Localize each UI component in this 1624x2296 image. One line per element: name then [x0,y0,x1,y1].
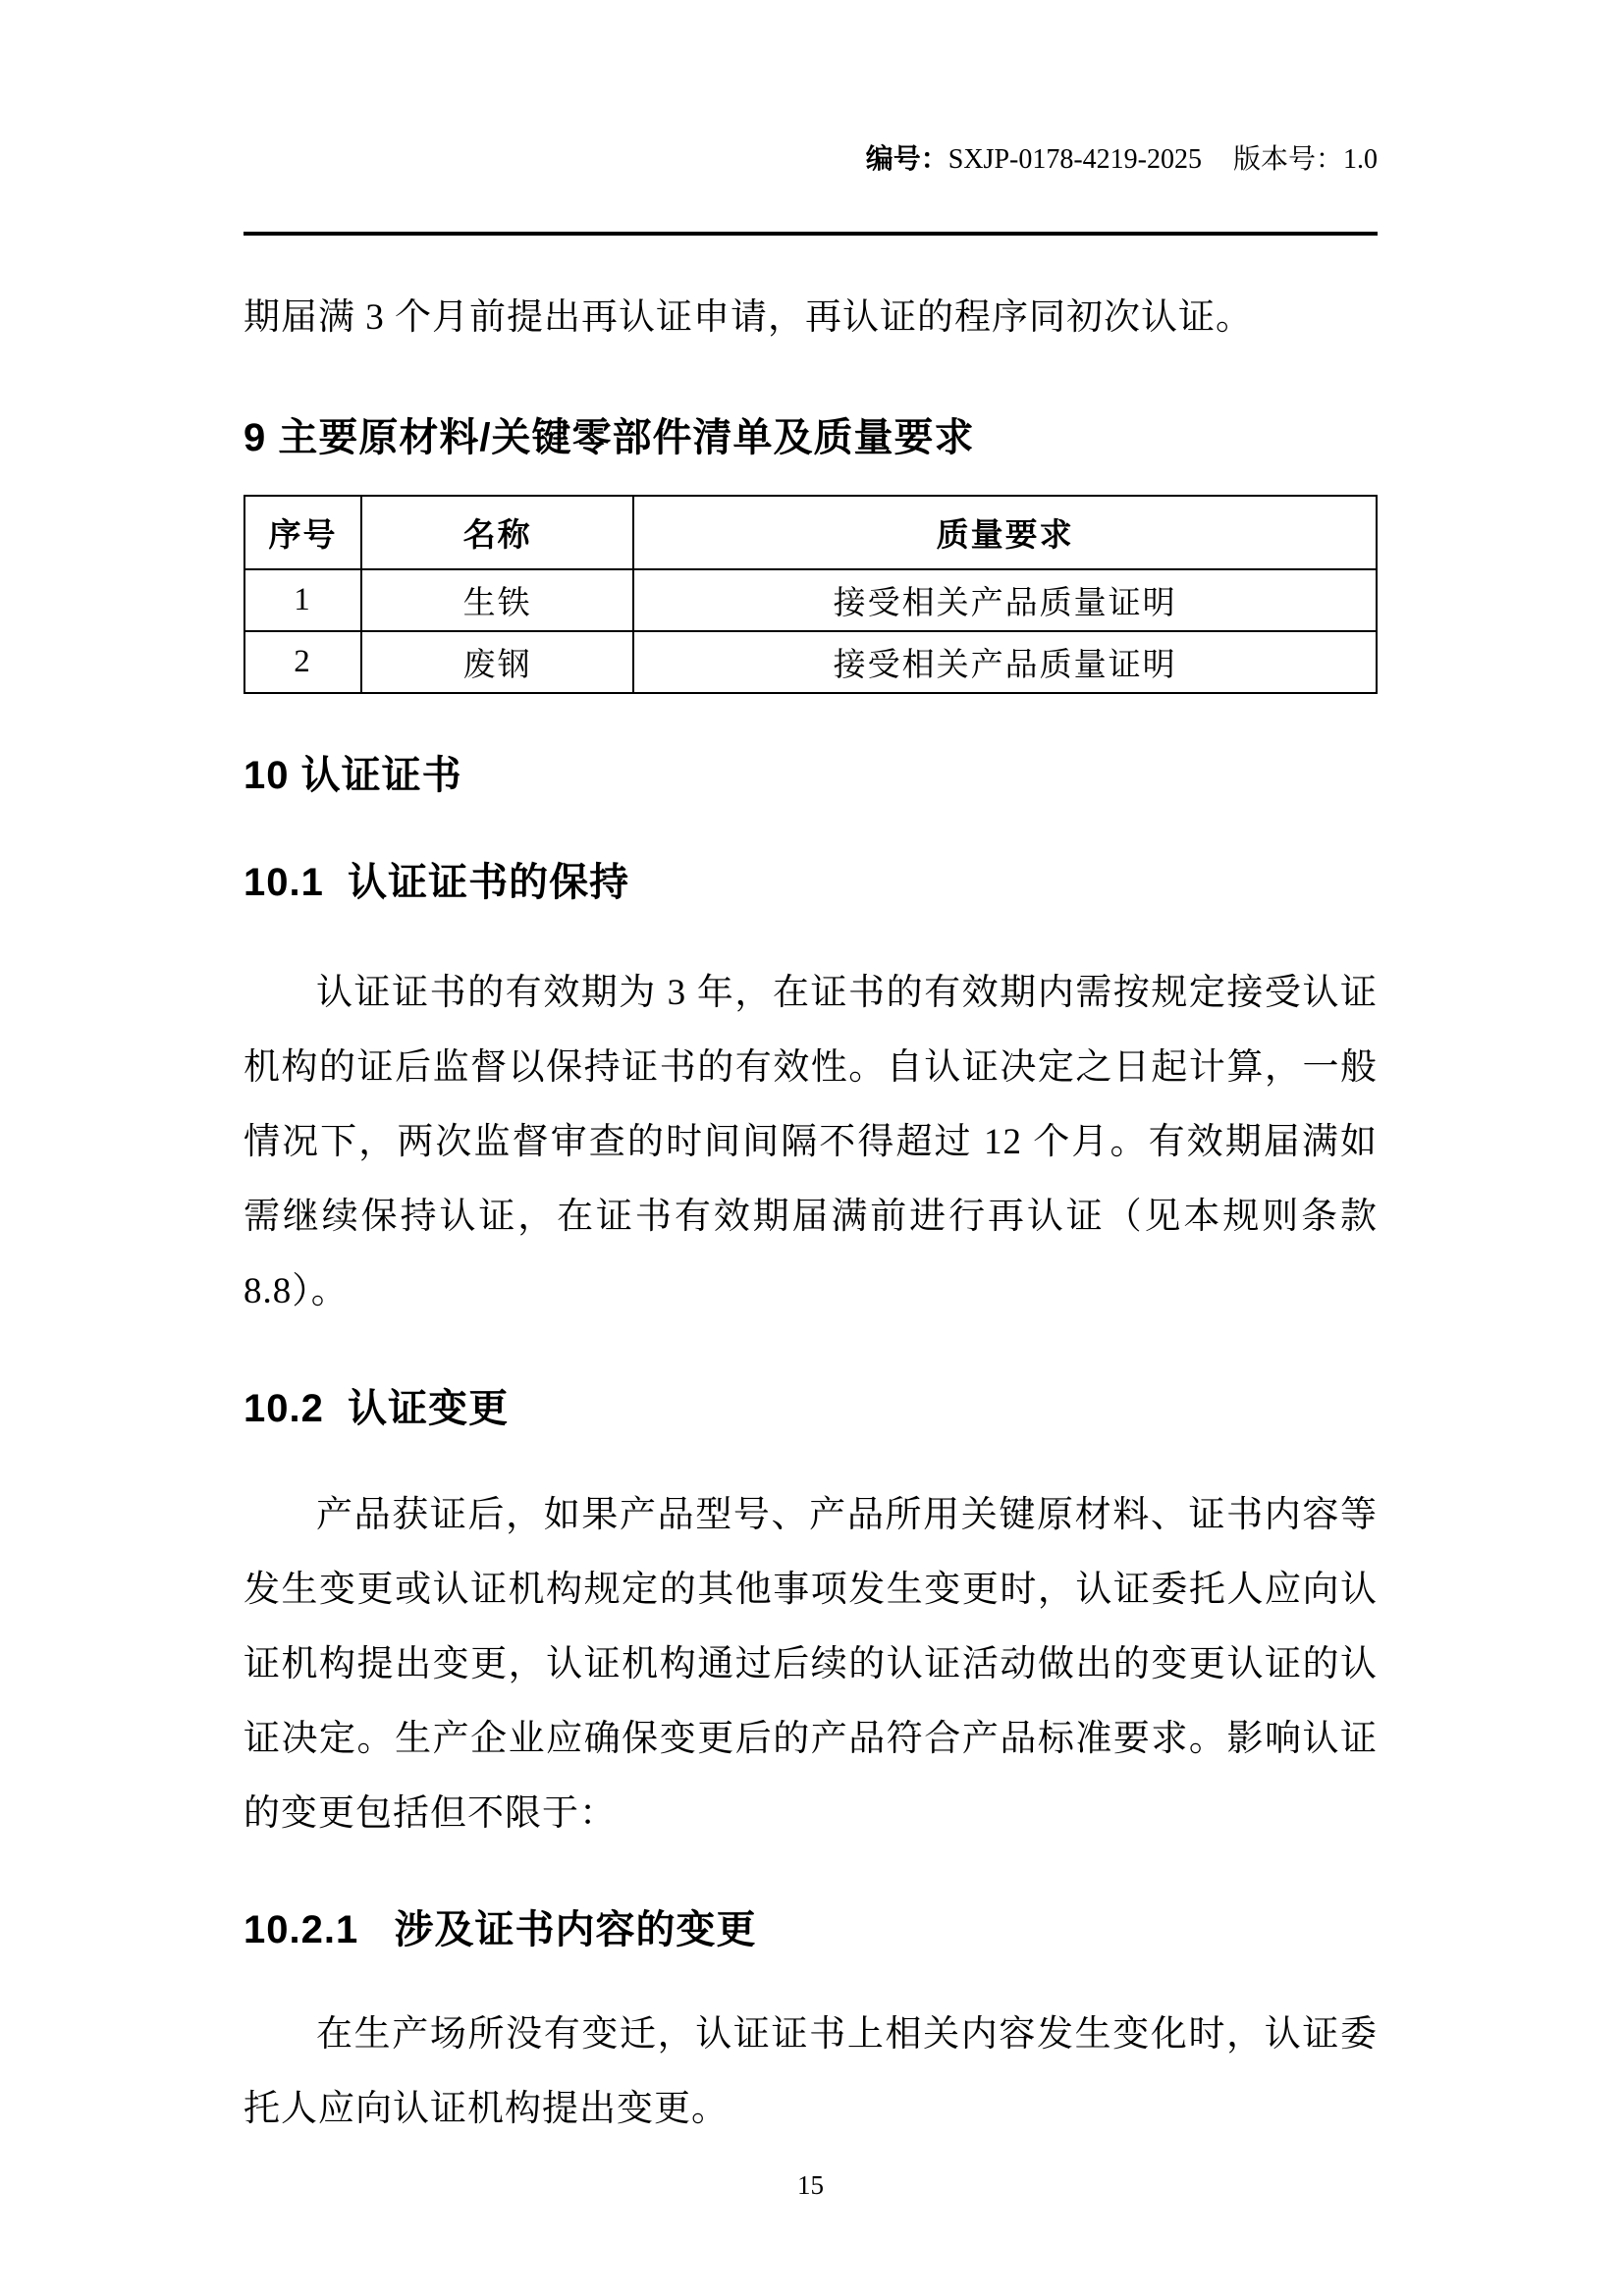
document-page: 编号：SXJP-0178-4219-2025版本号：1.0 期届满 3 个月前提… [0,0,1624,2296]
page-header: 编号：SXJP-0178-4219-2025版本号：1.0 [244,100,1378,219]
materials-table: 序号 名称 质量要求 1 生铁 接受相关产品质量证明 2 废钢 接受相关产品质量… [244,495,1378,694]
paragraph-10-2: 产品获证后，如果产品型号、产品所用关键原材料、证书内容等发生变更或认证机构规定的… [244,1478,1378,1851]
header-divider-line [244,232,1378,236]
cell-index: 2 [244,631,361,693]
section-10-1-heading: 10.1 认证证书的保持 [244,856,1378,909]
doc-version-label: 版本号： [1233,144,1343,175]
doc-version-value: 1.0 [1343,144,1378,175]
cell-requirement: 接受相关产品质量证明 [633,631,1377,693]
section-10-2-heading: 10.2 认证变更 [244,1382,1378,1435]
page-number: 15 [797,2170,824,2200]
table-header-row: 序号 名称 质量要求 [244,496,1377,569]
table-row: 2 废钢 接受相关产品质量证明 [244,631,1377,693]
table-header-requirement: 质量要求 [633,496,1377,569]
table-header-name: 名称 [361,496,633,569]
doc-number-value: SXJP-0178-4219-2025 [948,144,1202,175]
cell-name: 生铁 [361,569,633,631]
paragraph-continuation: 期届满 3 个月前提出再认证申请，再认证的程序同初次认证。 [244,281,1378,355]
page-footer: 15 [244,2168,1378,2202]
cell-index: 1 [244,569,361,631]
section-9-heading: 9 主要原材料/关键零部件清单及质量要求 [244,411,1378,464]
section-10-2-1-heading: 10.2.1 涉及证书内容的变更 [244,1903,1378,1956]
doc-number-label: 编号： [866,143,948,174]
table-row: 1 生铁 接受相关产品质量证明 [244,569,1377,631]
paragraph-10-2-1: 在生产场所没有变迁，认证证书上相关内容发生变化时，认证委托人应向认证机构提出变更… [244,1998,1378,2147]
section-10-heading: 10 认证证书 [244,749,1378,802]
paragraph-10-1: 认证证书的有效期为 3 年，在证书的有效期内需按规定接受认证机构的证后监督以保持… [244,956,1378,1329]
cell-name: 废钢 [361,631,633,693]
table-header-index: 序号 [244,496,361,569]
cell-requirement: 接受相关产品质量证明 [633,569,1377,631]
